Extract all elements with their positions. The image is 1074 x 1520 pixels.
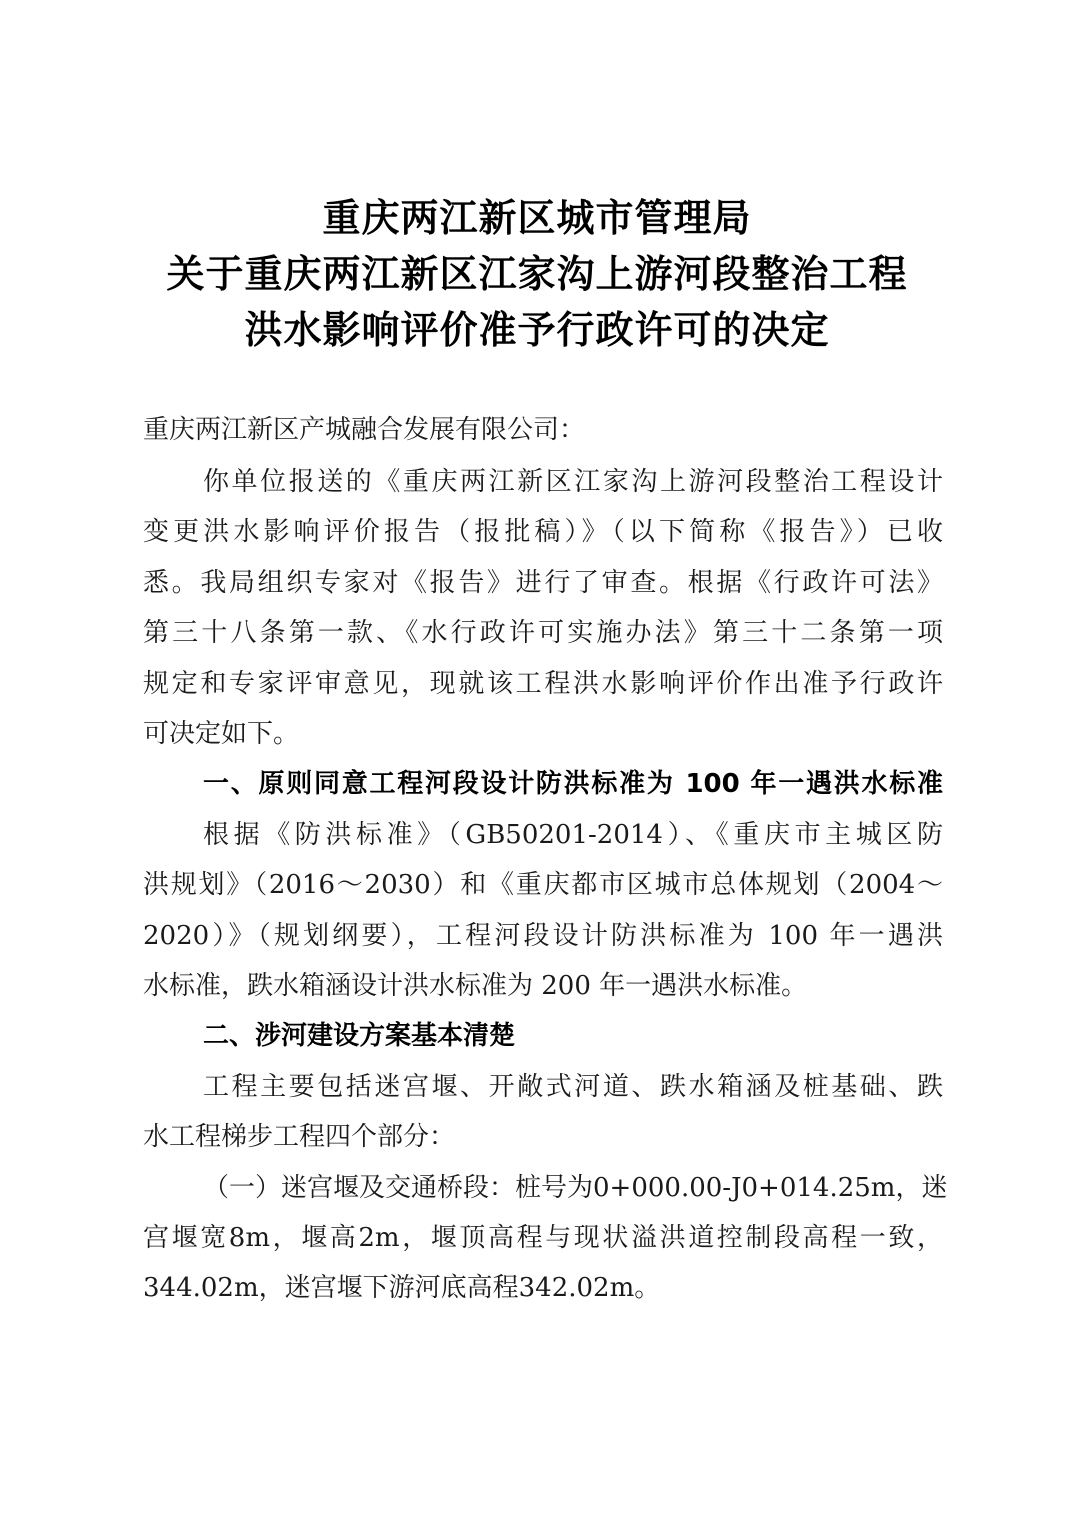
- item-1-line: 宫堰宽8m，堰高2m，堰顶高程与现状溢洪道控制段高程一致，: [143, 1218, 943, 1258]
- section-1-line: 根据《防洪标准》（GB50201-2014）、《重庆市主城区防: [203, 815, 943, 855]
- section-2-line: 水工程梯步工程四个部分：: [143, 1117, 943, 1157]
- title-line-3: 洪水影响评价准予行政许可的决定: [0, 302, 1074, 358]
- section-1-line: 2020）》（规划纲要），工程河段设计防洪标准为 100 年一遇洪: [143, 916, 943, 956]
- section-2-heading: 二、涉河建设方案基本清楚: [203, 1016, 943, 1056]
- document-page: 重庆两江新区城市管理局 关于重庆两江新区江家沟上游河段整治工程 洪水影响评价准予…: [0, 0, 1074, 1520]
- item-1-line: （一）迷宫堰及交通桥段：桩号为0+000.00-J0+014.25m，迷: [203, 1168, 943, 1208]
- paragraph-1-line: 变更洪水影响评价报告（报批稿）》（以下简称《报告》）已收: [143, 512, 943, 552]
- section-1-heading: 一、原则同意工程河段设计防洪标准为 100 年一遇洪水标准: [203, 764, 943, 804]
- paragraph-1-line: 第三十八条第一款、《水行政许可实施办法》第三十二条第一项: [143, 613, 943, 653]
- paragraph-1-line: 可决定如下。: [143, 714, 943, 754]
- addressee: 重庆两江新区产城融合发展有限公司：: [143, 410, 943, 450]
- title-line-2: 关于重庆两江新区江家沟上游河段整治工程: [0, 246, 1074, 302]
- section-1-line: 洪规划》（2016～2030）和《重庆都市区城市总体规划（2004～: [143, 865, 943, 905]
- section-2-line: 工程主要包括迷宫堰、开敞式河道、跌水箱涵及桩基础、跌: [203, 1067, 943, 1107]
- item-1-line: 344.02m，迷宫堰下游河底高程342.02m。: [143, 1268, 943, 1308]
- title-line-1: 重庆两江新区城市管理局: [0, 190, 1074, 246]
- paragraph-1-line: 你单位报送的《重庆两江新区江家沟上游河段整治工程设计: [203, 462, 943, 502]
- paragraph-1-line: 规定和专家评审意见，现就该工程洪水影响评价作出准予行政许: [143, 664, 943, 704]
- section-1-line: 水标准，跌水箱涵设计洪水标准为 200 年一遇洪水标准。: [143, 966, 943, 1006]
- paragraph-1-line: 悉。我局组织专家对《报告》进行了审查。根据《行政许可法》: [143, 563, 943, 603]
